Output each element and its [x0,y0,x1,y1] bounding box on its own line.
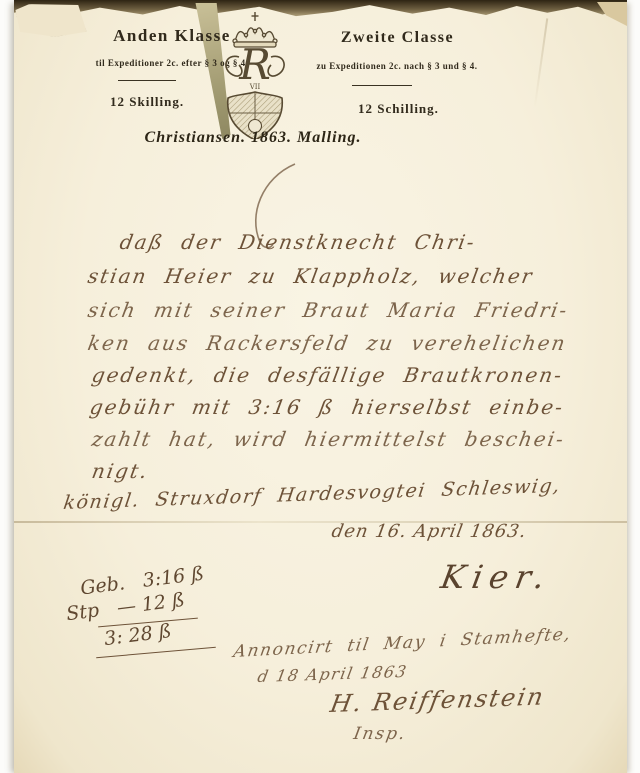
annotation-title: Insp. [352,724,408,744]
svg-text:VII: VII [249,83,261,91]
letterhead-right-subtitle: zu Expeditionen 2c. nach § 3 und § 4. [312,61,482,71]
horizontal-crease [14,521,627,523]
body-line: gedenkt, die desfällige Brautkronen- [90,363,565,387]
letterhead-right-rule [352,85,412,86]
body-line: nigt. [90,459,151,483]
paper-sheet [14,3,627,773]
body-line: daß der Dienstknecht Chri- [118,230,478,254]
signature-kier: Kier. [438,558,555,596]
crest-cross-icon [252,12,259,21]
body-line: ken aus Rackersfeld zu verehelichen [86,331,569,355]
body-line: stian Heier zu Klappholz, welcher [86,264,536,288]
royal-crest: R VII [205,9,305,139]
body-line: gebühr mit 3:16 ß hierselbst einbe- [88,395,566,419]
date-line: den 16. April 1863. [330,521,528,542]
series-line: Christiansen. 1863. Malling. [128,129,378,147]
fee-label: Stp [65,599,100,625]
scanned-document: Anden Klasse til Expeditioner 2c. efter … [0,0,640,773]
letterhead-left-rule [118,80,176,81]
svg-text:R: R [238,40,271,89]
letterhead-right-title: Zweite Classe [325,29,470,47]
letterhead-left-fee: 12 Skilling. [110,94,184,110]
body-line: zahlt hat, wird hiermittelst beschei- [90,427,567,451]
body-line: sich mit seiner Braut Maria Friedri- [86,298,571,322]
letterhead-right-fee: 12 Schilling. [358,101,439,117]
crest-monogram: R VII [226,40,284,91]
